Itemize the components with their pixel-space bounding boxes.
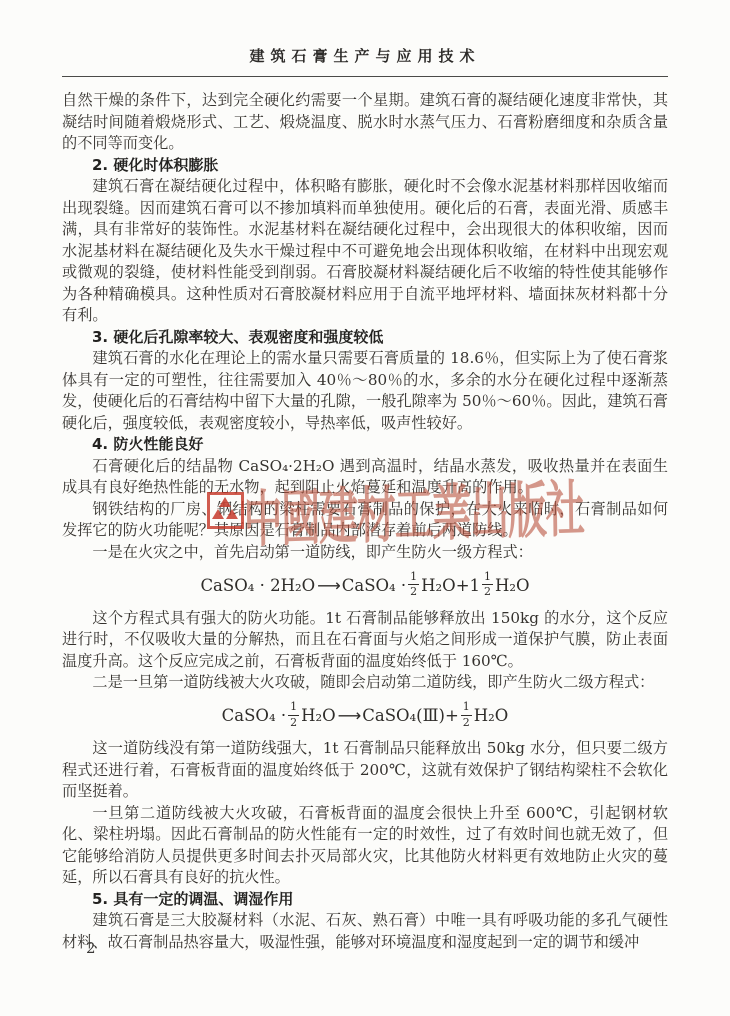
fraction-one-half: 12 [408, 571, 419, 598]
paragraph: 钢铁结构的厂房、钢结构的梁柱需要石膏制品的保护，在大火来临时，石膏制品如何发挥它… [62, 499, 668, 542]
equation-rhs: H₂O [474, 701, 509, 731]
running-head-title: 建筑石膏生产与应用技术 [0, 45, 730, 67]
equation-fire-defense-level-2: CaSO₄ ·12H₂O⟶CaSO₄(Ⅲ)+12H₂O [62, 701, 668, 732]
paragraph: 一是在火灾之中，首先启动第一道防线，即产生防火一级方程式： [62, 542, 668, 564]
paragraph: 石膏硬化后的结晶物 CaSO₄·2H₂O 遇到高温时，结晶水蒸发，吸收热量并在表… [62, 456, 668, 499]
section-heading-4: 4. 防火性能良好 [62, 434, 668, 456]
paragraph: 建筑石膏的水化在理论上的需水量只需要石膏质量的 18.6％，但实际上为了使石膏浆… [62, 348, 668, 434]
paragraph: 建筑石膏在凝结硬化过程中，体积略有膨胀，硬化时不会像水泥基材料那样因收缩而出现裂… [62, 176, 668, 327]
paragraph: 这个方程式具有强大的防火功能。1t 石膏制品能够释放出 150kg 的水分，这个… [62, 608, 668, 673]
paragraph: 这一道防线没有第一道防线强大，1t 石膏制品只能释放出 50kg 水分，但只要二… [62, 738, 668, 803]
equation-mid: CaSO₄ · [342, 571, 406, 601]
equation-mid: H₂O [301, 701, 336, 731]
reaction-arrow-icon: ⟶ [336, 701, 363, 731]
section-heading-2: 2. 硬化时体积膨胀 [62, 155, 668, 177]
paragraph: 建筑石膏是三大胶凝材料（水泥、石灰、熟石膏）中唯一具有呼吸功能的多孔气硬性材料、… [62, 910, 668, 953]
fraction-one-half: 12 [461, 701, 472, 728]
page-body: 自然干燥的条件下，达到完全硬化约需要一个星期。建筑石膏的凝结硬化速度非常快，其凝… [62, 90, 668, 953]
scanned-book-page: 建筑石膏生产与应用技术 自然干燥的条件下，达到完全硬化约需要一个星期。建筑石膏的… [0, 0, 730, 1016]
equation-mid2: CaSO₄(Ⅲ)+ [362, 701, 459, 731]
section-heading-3: 3. 硬化后孔隙率较大、表观密度和强度较低 [62, 327, 668, 349]
section-heading-5: 5. 具有一定的调温、调湿作用 [62, 889, 668, 911]
page-header: 建筑石膏生产与应用技术 [0, 0, 730, 77]
fraction-one-half: 12 [482, 571, 493, 598]
equation-fire-defense-level-1: CaSO₄ · 2H₂O⟶CaSO₄ ·12H₂O+112H₂O [62, 570, 668, 601]
reaction-arrow-icon: ⟶ [315, 571, 342, 601]
page-number: 2 [86, 939, 96, 957]
paragraph: 一旦第二道防线被大火攻破，石膏板背面的温度会很快上升至 600℃，引起钢材软化、… [62, 803, 668, 889]
equation-lhs: CaSO₄ · [222, 701, 286, 731]
header-rule [62, 76, 668, 77]
paragraph: 二是一旦第一道防线被大火攻破，随即会启动第二道防线，即产生防火二级方程式： [62, 672, 668, 694]
equation-mid2: H₂O+1 [421, 571, 480, 601]
equation-lhs: CaSO₄ · 2H₂O [200, 571, 315, 601]
paragraph-continuation: 自然干燥的条件下，达到完全硬化约需要一个星期。建筑石膏的凝结硬化速度非常快，其凝… [62, 90, 668, 155]
fraction-one-half: 12 [288, 701, 299, 728]
equation-rhs: H₂O [495, 571, 530, 601]
